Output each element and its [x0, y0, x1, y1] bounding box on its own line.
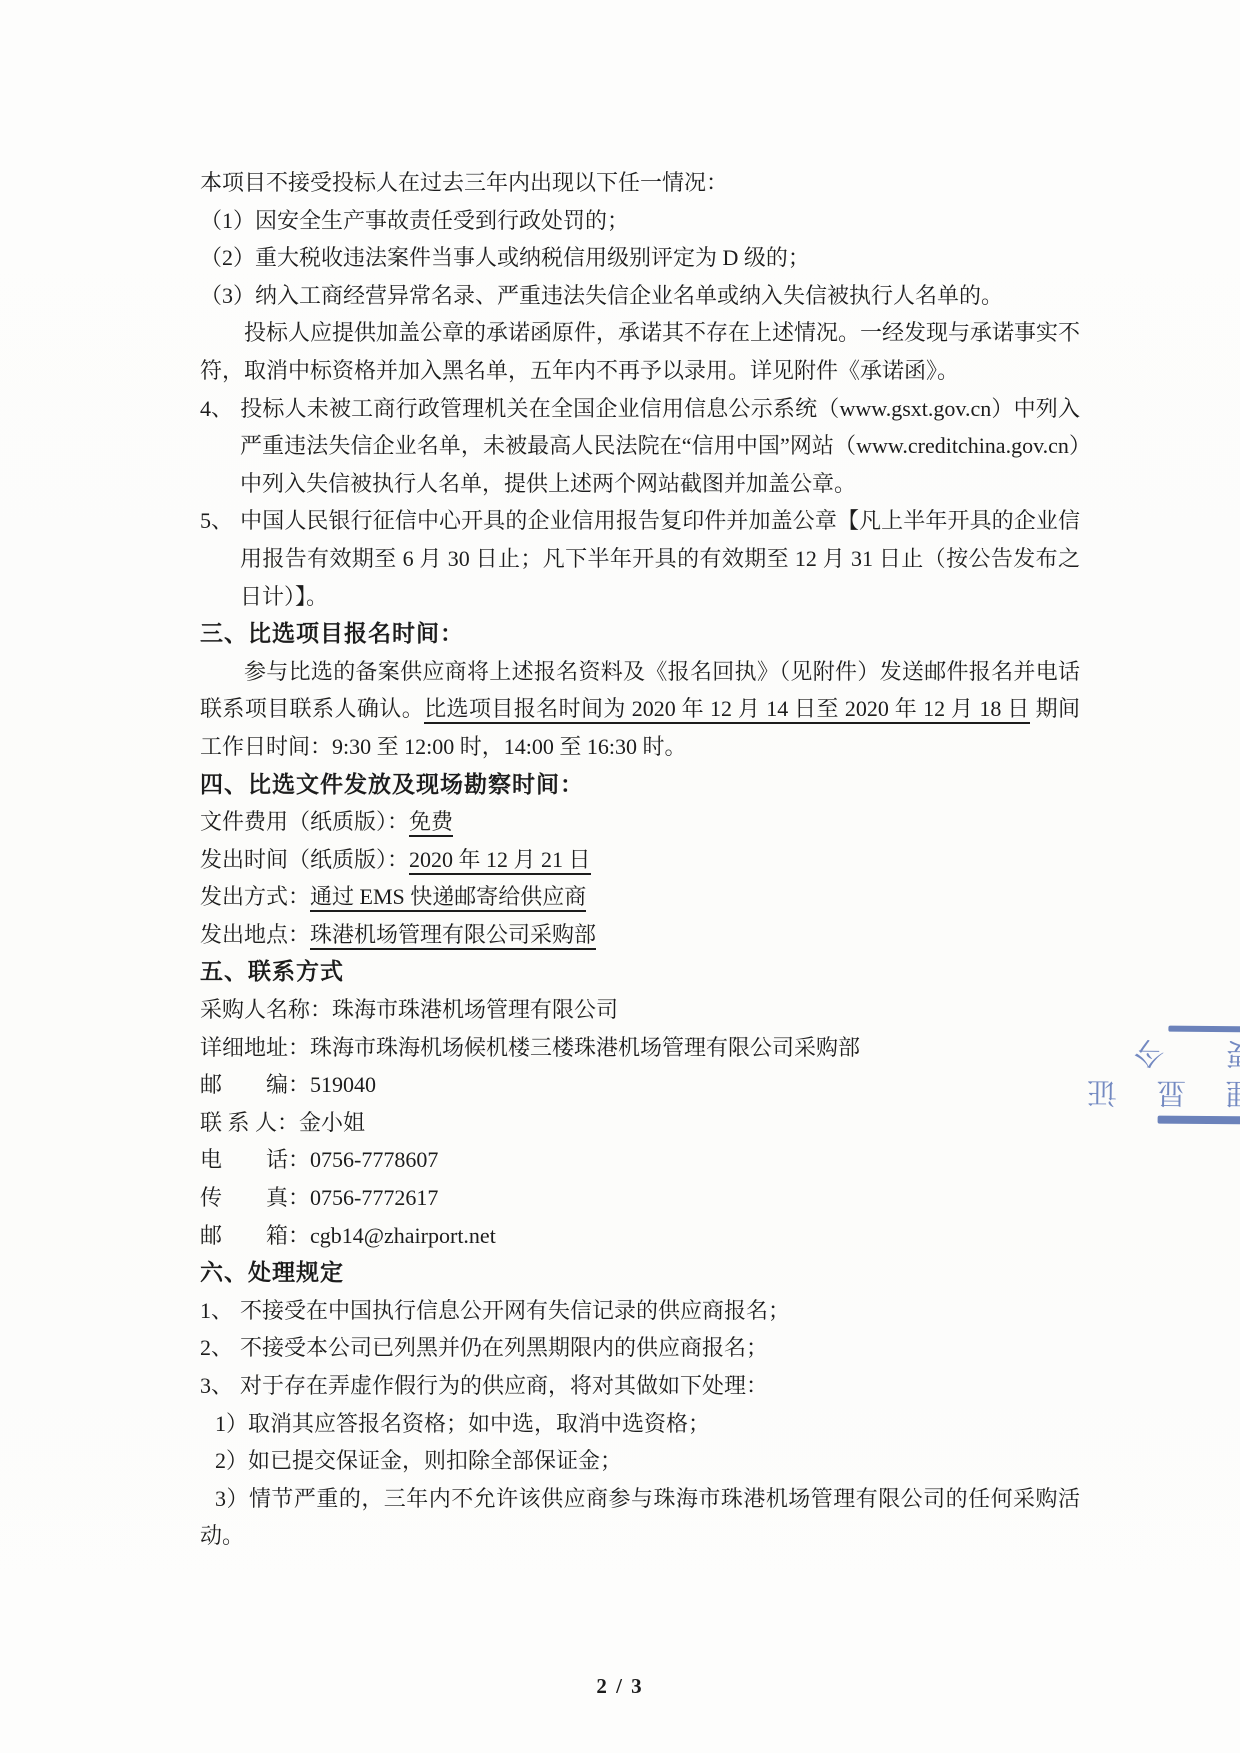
- rule-number: 2、: [200, 1329, 240, 1367]
- section-4-heading: 四、比选文件发放及现场勘察时间：: [200, 766, 1080, 804]
- rule-3-subitem-1: 1）取消其应答报名资格；如中选，取消中选资格；: [200, 1405, 1080, 1443]
- rule-number: 1、: [200, 1292, 240, 1330]
- document-page: 本项目不接受投标人在过去三年内出现以下任一情况： （1）因安全生产事故责任受到行…: [0, 0, 1240, 1753]
- fee-label: 文件费用（纸质版）：: [200, 809, 409, 834]
- fax-row: 传 真：0756-7772617: [200, 1179, 1080, 1217]
- item-text: 投标人未被工商行政管理机关在全国企业信用信息公示系统（www.gsxt.gov.…: [240, 396, 1080, 496]
- section-3-underlined-dates: 比选项目报名时间为 2020 年 12 月 14 日至 2020 年 12 月 …: [424, 696, 1030, 724]
- promise-paragraph: 投标人应提供加盖公章的承诺函原件，承诺其不存在上述情况。一经发现与承诺事实不符，…: [200, 314, 1080, 389]
- issue-time-value: 2020 年 12 月 21 日: [409, 847, 591, 875]
- phone-row: 电 话：0756-7778607: [200, 1141, 1080, 1179]
- intro-lead: 本项目不接受投标人在过去三年内出现以下任一情况：: [200, 164, 1080, 202]
- purchaser-name-row: 采购人名称：珠海市珠港机场管理有限公司: [200, 991, 1080, 1029]
- section-3-heading: 三、比选项目报名时间：: [200, 615, 1080, 653]
- contact-person-row: 联 系 人：金小姐: [200, 1104, 1080, 1142]
- issue-method-row: 发出方式：通过 EMS 快递邮寄给供应商: [200, 878, 1080, 916]
- issue-method-label: 发出方式：: [200, 884, 310, 909]
- postcode-row: 邮 编：519040: [200, 1066, 1080, 1104]
- rule-text: 对于存在弄虚作假行为的供应商，将对其做如下处理：: [240, 1373, 768, 1398]
- intro-item-3: （3）纳入工商经营异常名录、严重违法失信企业名单或纳入失信被执行人名单的。: [200, 277, 1080, 315]
- issue-time-row: 发出时间（纸质版）：2020 年 12 月 21 日: [200, 841, 1080, 879]
- item-text: 中国人民银行征信中心开具的企业信用报告复印件并加盖公章【凡上半年开具的企业信用报…: [240, 508, 1080, 608]
- rule-3-subitem-2: 2）如已提交保证金，则扣除全部保证金；: [200, 1442, 1080, 1480]
- issue-place-row: 发出地点：珠港机场管理有限公司采购部: [200, 916, 1080, 954]
- issue-method-value: 通过 EMS 快递邮寄给供应商: [310, 884, 586, 912]
- section-5-heading: 五、联系方式: [200, 953, 1080, 991]
- issue-place-value: 珠港机场管理有限公司采购部: [310, 922, 596, 950]
- issue-place-label: 发出地点：: [200, 922, 310, 947]
- stamp-border-bottom: [1158, 1116, 1240, 1125]
- intro-item-2: （2）重大税收违法案件当事人或纳税信用级别评定为 D 级的；: [200, 239, 1080, 277]
- stamp-text-row-1: 要 今: [1152, 1032, 1240, 1073]
- rule-number: 3、: [200, 1367, 240, 1405]
- email-row: 邮 箱：cgb14@zhairport.net: [200, 1217, 1080, 1255]
- fee-row: 文件费用（纸质版）：免费: [200, 803, 1080, 841]
- stamp: 要 今 理 显 证: [1152, 1026, 1240, 1132]
- document-body: 本项目不接受投标人在过去三年内出现以下任一情况： （1）因安全生产事故责任受到行…: [200, 164, 1080, 1555]
- rule-3: 3、对于存在弄虚作假行为的供应商，将对其做如下处理：: [200, 1367, 1080, 1405]
- item-number: 4、: [200, 390, 240, 428]
- rule-3-subitem-3: 3）情节严重的，三年内不允许该供应商参与珠海市珠港机场管理有限公司的任何采购活动…: [200, 1480, 1080, 1555]
- issue-time-label: 发出时间（纸质版）：: [200, 847, 409, 872]
- list-item-4: 4、投标人未被工商行政管理机关在全国企业信用信息公示系统（www.gsxt.go…: [200, 390, 1080, 503]
- rule-text: 不接受在中国执行信息公开网有失信记录的供应商报名；: [240, 1298, 790, 1323]
- address-row: 详细地址：珠海市珠海机场候机楼三楼珠港机场管理有限公司采购部: [200, 1029, 1080, 1067]
- fee-value: 免费: [409, 809, 453, 837]
- rule-1: 1、不接受在中国执行信息公开网有失信记录的供应商报名；: [200, 1292, 1080, 1330]
- rule-text: 不接受本公司已列黑并仍在列黑期限内的供应商报名；: [240, 1335, 768, 1360]
- section-3-paragraph: 参与比选的备案供应商将上述报名资料及《报名回执》（见附件）发送邮件报名并电话联系…: [200, 653, 1080, 766]
- list-item-5: 5、中国人民银行征信中心开具的企业信用报告复印件并加盖公章【凡上半年开具的企业信…: [200, 502, 1080, 615]
- stamp-text-row-2: 理 显 证: [1152, 1072, 1240, 1113]
- item-number: 5、: [200, 502, 240, 540]
- intro-item-1: （1）因安全生产事故责任受到行政处罚的；: [200, 202, 1080, 240]
- section-6-heading: 六、处理规定: [200, 1254, 1080, 1292]
- page-number: 2 / 3: [0, 1674, 1240, 1699]
- rule-2: 2、不接受本公司已列黑并仍在列黑期限内的供应商报名；: [200, 1329, 1080, 1367]
- stamp-graphic: 要 今 理 显 证: [1152, 1026, 1240, 1125]
